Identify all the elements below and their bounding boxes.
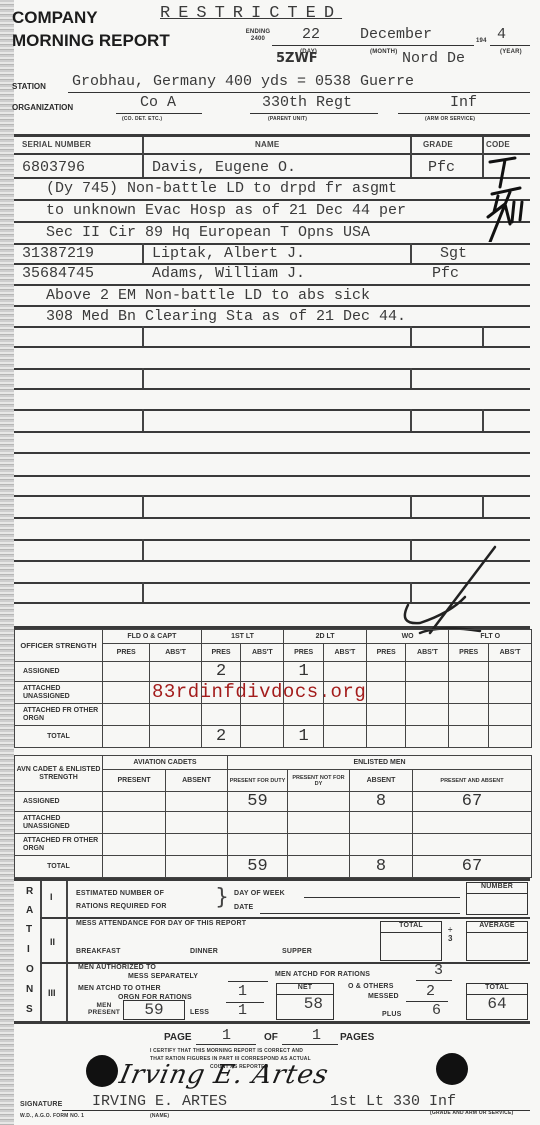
ending-label: ENDING 2400 [245,29,271,43]
breakfast-label: BREAKFAST [76,948,121,955]
group-flt-o: FLT O [449,630,532,644]
roster-rule [14,326,530,328]
plus-value: 6 [432,1002,441,1019]
men-authorized-label-1: MEN AUTHORIZED TO [78,964,156,971]
col-cadets-present: PRESENT [103,770,166,792]
subcol-abst: ABS'T [323,644,366,662]
rations-i-rule [40,917,530,919]
cell [366,726,406,748]
pages-underline [282,1044,338,1045]
cell [150,726,201,748]
org-unit-value: Co A [140,94,176,111]
officer-row-assigned: ASSIGNED 2 1 [15,662,532,682]
men-present-box: 59 [123,1000,185,1020]
organization-label: ORGANIZATION [12,103,73,112]
net-box: NET 58 [276,983,334,1020]
subcol-pres: PRES [366,644,406,662]
roster-rule [14,284,530,286]
pages-value: 1 [312,1027,321,1044]
form-title-company: COMPANY [12,8,98,28]
men-authorized-field[interactable] [228,981,268,982]
enlisted-row-attached-unassigned: ATTACHED UNASSIGNED [15,812,532,834]
row-label: ATTACHED UNASSIGNED [15,682,103,704]
year-caption: (YEAR) [500,49,522,55]
signer-rank: 1st Lt 330 Inf [330,1093,456,1110]
org-unit-caption: (CO. DET. ETC.) [122,116,162,122]
o-others-underline [406,1001,448,1002]
handwritten-signature: Irving E. Artes [117,1060,332,1090]
cell [103,726,150,748]
roster-top-rule [14,134,530,137]
cell [288,792,350,812]
rations-bottom-rule [14,1021,530,1024]
cell [406,726,449,748]
cell [366,662,406,682]
form-number: W.D., A.G.O. FORM NO. 1 [20,1113,84,1119]
subcol-pres: PRES [449,644,489,662]
remark-line: Above 2 EM Non-battle LD to abs sick [46,287,370,304]
cell [288,856,350,878]
col-em-absent: ABSENT [350,770,413,792]
col-present-and-absent: PRESENT AND ABSENT [413,770,532,792]
row-label: ASSIGNED [15,662,103,682]
enlisted-row-attached-other: ATTACHED FR OTHER ORGN [15,834,532,856]
cell: 59 [228,856,288,878]
signature-label: SIGNATURE [20,1101,63,1108]
col-divider [142,495,144,517]
org-parent-underline [250,113,378,114]
col-divider [142,137,144,177]
side-letter: O [26,964,34,975]
large-check-mark-icon [390,545,510,635]
enlisted-strength-title: AVN CADET & ENLISTED STRENGTH [15,756,103,792]
cell [150,662,201,682]
cell [166,792,228,812]
col-cadets-absent: ABSENT [166,770,228,792]
org-arm-caption: (ARM OR SERVICE) [425,116,475,122]
officer-row-attached-other: ATTACHED FR OTHER ORGN [15,704,532,726]
col-code: CODE [486,140,510,149]
mess-total-box: TOTAL [380,921,442,961]
roster-rule [14,199,530,201]
roster-rule [14,495,530,497]
roster-rule [14,539,530,541]
station-annotation: 5ZWF [276,51,318,66]
col-serial-number: SERIAL NUMBER [22,140,91,149]
supper-label: SUPPER [282,948,312,955]
subcol-abst: ABS'T [489,644,532,662]
col-grade: GRADE [423,140,453,149]
month-caption: (MONTH) [370,49,397,55]
col-divider [482,495,484,517]
col-present-not-for-duty: PRESENT NOT FOR DY [288,770,350,792]
roster-rule [14,409,530,411]
mess-attendance-label: MESS ATTENDANCE FOR DAY OF THIS REPORT [76,920,246,927]
men-authorized-label-2: MESS SEPARATELY [128,973,198,980]
side-letter: T [26,924,32,935]
group-1st-lt: 1ST LT [201,630,284,644]
brace-icon: } [215,885,229,910]
year-underline [490,45,530,46]
cell: 59 [228,792,288,812]
row-label: ATTACHED FR OTHER ORGN [15,834,103,856]
cell [449,662,489,682]
cell: 8 [350,856,413,878]
cell: 1 [284,662,324,682]
col-divider [410,137,412,177]
roster-rule [14,475,530,477]
side-letter: S [26,1004,33,1015]
o-others-value: 2 [426,983,435,1000]
subcol-pres: PRES [103,644,150,662]
org-arm-underline [398,113,530,114]
cell [489,726,532,748]
page-underline [196,1044,256,1045]
serial-number: 31387219 [22,245,94,262]
report-month: December [360,26,432,43]
less-label: LESS [190,1009,209,1016]
signer-name: IRVING E. ARTES [92,1093,227,1110]
enlisted-row-total: TOTAL 59 8 67 [15,856,532,878]
cell [103,792,166,812]
cell: 8 [350,792,413,812]
name-caption: (NAME) [150,1113,169,1119]
report-year: 4 [497,26,506,43]
row-label: ASSIGNED [15,792,103,812]
station-label: STATION [12,82,46,91]
cell [323,662,366,682]
men-atchd-rations-value: 3 [434,962,443,979]
section-iii-numeral: III [48,988,56,998]
grade: Pfc [428,159,455,176]
col-divider [142,326,144,346]
station-underline [68,92,530,93]
rations-total-value: 64 [467,995,527,1013]
number-box: NUMBER [466,882,528,915]
cell: 1 [284,726,324,748]
subcol-pres: PRES [284,644,324,662]
col-divider [142,582,144,602]
rations-top-rule [14,878,530,881]
form-title-morning-report: MORNING REPORT [12,31,170,51]
col-divider [142,243,144,263]
less-value: 1 [238,1002,247,1019]
group-enlisted-men: ENLISTED MEN [228,756,532,770]
enlisted-row-assigned: ASSIGNED 59 8 67 [15,792,532,812]
divide-by-three-label: ÷ 3 [448,925,458,943]
binder-hole-left [86,1055,118,1087]
cell [166,856,228,878]
dinner-label: DINNER [190,948,218,955]
date-field[interactable] [260,913,460,914]
row-label: ATTACHED FR OTHER ORGN [15,704,103,726]
cell: 67 [413,792,532,812]
row-label: TOTAL [15,856,103,878]
section-i-numeral: I [50,892,53,902]
roster-rule [14,517,530,519]
remark-line: (Dy 745) Non-battle LD to drpd fr asgmt [46,180,397,197]
side-letter: R [26,886,33,897]
serial-number: 35684745 [22,265,94,282]
remark-line: 308 Med Bn Clearing Sta as of 21 Dec 44. [46,308,406,325]
rank-caption: (GRADE AND ARM OR SERVICE) [430,1110,513,1116]
soldier-name: Liptak, Albert J. [152,245,305,262]
roster-header-rule [14,153,530,155]
code-handwriting-icon [470,152,540,242]
rations-total-label: TOTAL [467,984,527,995]
roster-rule [14,177,530,179]
of-label: OF [264,1032,278,1043]
subcol-abst: ABS'T [406,644,449,662]
cell [449,726,489,748]
soldier-name: Adams, William J. [152,265,305,282]
cell [103,856,166,878]
remark-line: Sec II Cir 89 Hq European T Opns USA [46,224,370,241]
roster-rule [14,368,530,370]
average-box: AVERAGE [466,921,528,961]
roster-rule [14,388,530,390]
rations-total-box: TOTAL 64 [466,983,528,1020]
cell [406,662,449,682]
org-arm-value: Inf [450,94,477,111]
soldier-name: Davis, Eugene O. [152,159,296,176]
group-fld-o-capt: FLD O & CAPT [103,630,202,644]
cell: 2 [201,726,241,748]
cell [103,662,150,682]
side-letter: I [27,944,30,955]
row-label: ATTACHED UNASSIGNED [15,812,103,834]
col-divider [142,368,144,388]
roster-rule [14,305,530,307]
col-divider [482,409,484,431]
col-divider [482,326,484,346]
org-unit-underline [116,113,202,114]
row-label: TOTAL [15,726,103,748]
roster-rule [14,452,530,454]
men-atchd-other-label-1: MEN ATCHD TO OTHER [78,985,161,992]
pages-label: PAGES [340,1032,374,1043]
men-atchd-rations-underline [416,980,452,981]
men-atchd-other-value: 1 [238,983,247,1000]
col-divider [410,409,412,431]
group-aviation-cadets: AVIATION CADETS [103,756,228,770]
classification-stamp: RESTRICTED [160,4,342,23]
col-divider [410,368,412,388]
net-label: NET [277,984,333,995]
day-of-week-label: DAY OF WEEK [234,890,285,897]
side-letter: N [26,984,33,995]
men-atchd-rations-label: MEN ATCHD FOR RATIONS [275,971,370,978]
o-others-label-2: MESSED [368,993,399,1000]
morning-report-page: COMPANY MORNING REPORT RESTRICTED ENDING… [0,0,540,1125]
estimated-rations-label-1: ESTIMATED NUMBER OF [76,890,164,897]
report-day: 22 [302,26,320,43]
mess-total-label: TOTAL [381,922,441,933]
col-present-for-duty: PRESENT FOR DUTY [228,770,288,792]
roster-rule [14,221,530,223]
group-wo: WO [366,630,449,644]
rations-divider [40,881,42,1021]
roster-rule [14,431,530,433]
o-others-label-1: O & OTHERS [348,983,394,990]
subcol-abst: ABS'T [241,644,284,662]
roster-rule [14,346,530,348]
plus-label: PLUS [382,1011,401,1018]
col-divider [142,409,144,431]
group-2d-lt: 2D LT [284,630,367,644]
col-divider [142,539,144,560]
men-present-value: 59 [124,1001,184,1019]
side-letter: A [26,905,33,916]
number-label: NUMBER [467,883,527,894]
station-value: Grobhau, Germany 400 yds = 0538 Guerre [72,73,414,90]
org-parent-caption: (PARENT UNIT) [268,116,307,122]
cell [489,662,532,682]
cell: 67 [413,856,532,878]
net-value: 58 [277,995,333,1013]
subcol-pres: PRES [201,644,241,662]
year-prefix: 194 [476,38,487,44]
remark-line: to unknown Evac Hosp as of 21 Dec 44 per [46,202,406,219]
col-name: NAME [255,140,279,149]
officer-row-attached-unassigned: ATTACHED UNASSIGNED [15,682,532,704]
col-divider [410,243,412,263]
col-divider [410,326,412,346]
section-ii-numeral: II [50,937,55,947]
date-label: DATE [234,904,253,911]
men-present-label: MEN PRESENT [88,1002,120,1016]
station-extra: Nord De [402,50,465,67]
officer-strength-table: OFFICER STRENGTH FLD O & CAPT 1ST LT 2D … [14,629,532,748]
estimated-rations-label-2: RATIONS REQUIRED FOR [76,903,167,910]
average-label: AVERAGE [467,922,527,933]
subcol-abst: ABS'T [150,644,201,662]
cell [241,662,284,682]
org-parent-value: 330th Regt [262,94,352,111]
serial-number: 6803796 [22,159,85,176]
enlisted-strength-table: AVN CADET & ENLISTED STRENGTH AVIATION C… [14,755,532,878]
grade: Sgt [440,245,467,262]
cell: 2 [201,662,241,682]
date-underline [272,45,474,46]
scan-edge-noise [0,0,14,1125]
certify-line-1: I CERTIFY THAT THIS MORNING REPORT IS CO… [150,1048,303,1054]
cell [323,726,366,748]
cell [241,726,284,748]
col-divider [410,495,412,517]
binder-hole-right [436,1053,468,1085]
grade: Pfc [432,265,459,282]
page-label: PAGE [164,1032,192,1043]
officer-row-total: TOTAL 2 1 [15,726,532,748]
page-value: 1 [222,1027,231,1044]
officer-strength-title: OFFICER STRENGTH [15,630,103,662]
day-of-week-field[interactable] [304,897,460,898]
rations-divider [66,881,68,1021]
